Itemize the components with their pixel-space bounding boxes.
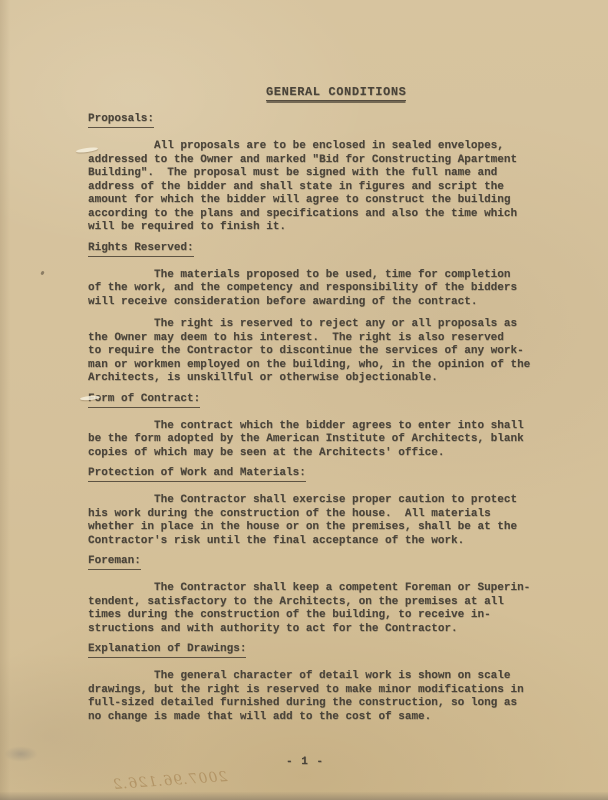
section-heading: Proposals: [88,113,568,128]
paper-smudge [4,746,38,762]
section-form-of-contract: Form of Contract: The contract which the… [88,393,568,461]
section-explanation-of-drawings: Explanation of Drawings: The general cha… [88,643,568,724]
paragraph: The Contractor shall keep a competent Fo… [88,582,568,636]
paragraph: All proposals are to be enclosed in seal… [88,140,568,235]
section-heading: Explanation of Drawings: [88,643,568,658]
section-proposals: Proposals: All proposals are to be enclo… [88,113,568,235]
scanned-document-page: GENERAL CONDITIONS Proposals: All propos… [0,0,608,800]
page-number: - 1 - [286,756,324,768]
section-heading: Foreman: [88,555,568,570]
paragraph: The Contractor shall exercise proper cau… [88,494,568,548]
section-protection-of-work: Protection of Work and Materials: The Co… [88,467,568,548]
section-rights-reserved: Rights Reserved: The materials proposed … [88,242,568,386]
section-heading: Form of Contract: [88,393,568,408]
mirrored-accession-number: 2007.96.126.2 [112,769,228,793]
section-foreman: Foreman: The Contractor shall keep a com… [88,555,568,636]
paragraph: The contract which the bidder agrees to … [88,420,568,461]
paragraph: The materials proposed to be used, time … [88,269,568,310]
document-title: GENERAL CONDITIONS [266,85,406,101]
document-body: Proposals: All proposals are to be enclo… [88,113,568,724]
paragraph: The general character of detail work is … [88,670,568,724]
section-heading: Rights Reserved: [88,242,568,257]
paper-speck [40,271,45,276]
section-heading: Protection of Work and Materials: [88,467,568,482]
paragraph: The right is reserved to reject any or a… [88,318,568,386]
